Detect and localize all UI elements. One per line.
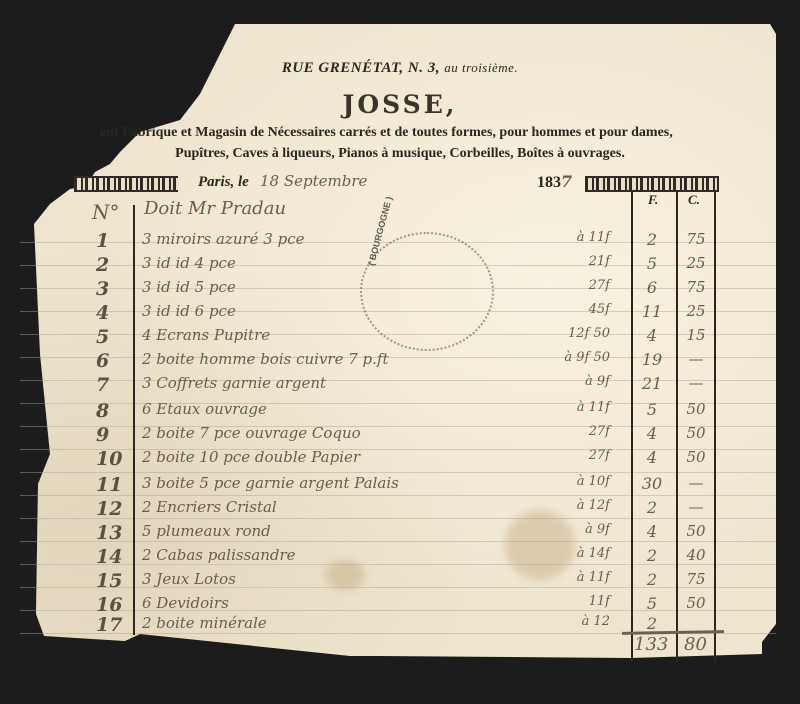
row-centimes: —: [678, 498, 714, 516]
row-francs: 2: [632, 498, 672, 517]
row-unit-price: 27f: [530, 278, 610, 293]
table-row: 5 4 Ecrans Pupitre 12f 50 4 15: [0, 326, 800, 350]
date-handwritten: 18 Septembre: [260, 172, 367, 190]
table-row: 10 2 boite 10 pce double Papier 27f 4 50: [0, 448, 800, 472]
table-row: 9 2 boite 7 pce ouvrage Coquo 27f 4 50: [0, 424, 800, 448]
table-row: 1 3 miroirs azuré 3 pce à 11f 2 75: [0, 230, 800, 254]
year-printed: 183: [537, 174, 561, 191]
row-description: 2 boite homme bois cuivre 7 p.ft: [142, 350, 389, 368]
row-description: 2 Cabas palissandre: [142, 546, 296, 564]
row-number: 12: [96, 498, 126, 520]
table-row: 12 2 Encriers Cristal à 12f 2 —: [0, 498, 800, 522]
row-centimes: 25: [678, 254, 714, 272]
row-unit-price: 21f: [530, 254, 610, 269]
customer-name: Doit Mr Pradau: [144, 198, 286, 219]
row-francs: 30: [632, 474, 672, 493]
row-number: 14: [96, 546, 126, 568]
row-unit-price: à 14f: [530, 546, 610, 561]
row-description: 5 plumeaux rond: [142, 522, 271, 540]
row-centimes: —: [678, 350, 714, 368]
row-centimes: 50: [678, 522, 714, 540]
row-francs: 11: [632, 302, 672, 321]
francs-header: F.: [648, 192, 658, 208]
row-centimes: —: [678, 474, 714, 492]
row-centimes: 75: [678, 570, 714, 588]
row-description: 2 Encriers Cristal: [142, 498, 277, 516]
year: 1837: [537, 172, 572, 192]
address-floor: au troisième.: [444, 60, 518, 75]
row-centimes: —: [678, 374, 714, 392]
ornament-border-right: [585, 176, 719, 192]
table-row: 6 2 boite homme bois cuivre 7 p.ft à 9f …: [0, 350, 800, 374]
row-centimes: 25: [678, 302, 714, 320]
total-francs: 133: [634, 634, 668, 655]
row-number: 7: [96, 374, 126, 396]
row-description: 3 Jeux Lotos: [142, 570, 236, 588]
table-row: 3 3 id id 5 pce 27f 6 75: [0, 278, 800, 302]
row-description: 2 boite minérale: [142, 614, 267, 632]
row-number: 2: [96, 254, 126, 276]
row-number: 11: [96, 474, 126, 496]
address-street: RUE GRENÉTAT, N. 3,: [282, 60, 440, 76]
row-description: 2 boite 10 pce double Papier: [142, 448, 360, 466]
centimes-header: C.: [688, 192, 700, 208]
ornament-border-left: [74, 176, 178, 192]
row-francs: 19: [632, 350, 672, 369]
row-unit-price: à 12f: [530, 498, 610, 513]
row-description: 3 id id 5 pce: [142, 278, 236, 296]
row-francs: 21: [632, 374, 672, 393]
row-description: 3 miroirs azuré 3 pce: [142, 230, 304, 248]
number-header: N°: [92, 200, 120, 224]
row-francs: 5: [632, 400, 672, 419]
table-row: 4 3 id id 6 pce 45f 11 25: [0, 302, 800, 326]
table-row: 7 3 Coffrets garnie argent à 9f 21 —: [0, 374, 800, 398]
row-unit-price: 27f: [530, 448, 610, 463]
row-unit-price: à 9f 50: [530, 350, 610, 365]
row-number: 17: [96, 614, 126, 636]
row-unit-price: 11f: [530, 594, 610, 609]
row-centimes: 15: [678, 326, 714, 344]
row-centimes: 50: [678, 400, 714, 418]
row-unit-price: à 12: [530, 614, 610, 629]
table-row: 15 3 Jeux Lotos à 11f 2 75: [0, 570, 800, 594]
row-description: 3 Coffrets garnie argent: [142, 374, 326, 392]
row-description: 3 id id 6 pce: [142, 302, 236, 320]
row-number: 1: [96, 230, 126, 252]
row-number: 13: [96, 522, 126, 544]
table-row: 2 3 id id 4 pce 21f 5 25: [0, 254, 800, 278]
merchant-name: JOSSE,: [0, 90, 800, 119]
row-description: 4 Ecrans Pupitre: [142, 326, 270, 344]
row-centimes: 75: [678, 230, 714, 248]
row-number: 15: [96, 570, 126, 592]
year-handwritten: 7: [561, 172, 572, 191]
row-francs: 2: [632, 570, 672, 589]
row-number: 4: [96, 302, 126, 324]
row-number: 16: [96, 594, 126, 616]
row-number: 9: [96, 424, 126, 446]
row-description: 6 Etaux ouvrage: [142, 400, 267, 418]
place-label: Paris, le: [198, 174, 249, 191]
row-unit-price: à 10f: [530, 474, 610, 489]
row-unit-price: 27f: [530, 424, 610, 439]
table-row: 11 3 boite 5 pce garnie argent Palais à …: [0, 474, 800, 498]
row-francs: 4: [632, 326, 672, 345]
total-centimes: 80: [684, 634, 707, 655]
row-number: 3: [96, 278, 126, 300]
row-centimes: 50: [678, 448, 714, 466]
row-unit-price: à 9f: [530, 522, 610, 537]
row-unit-price: à 11f: [530, 570, 610, 585]
row-unit-price: à 11f: [530, 400, 610, 415]
row-description: 3 boite 5 pce garnie argent Palais: [142, 474, 399, 492]
table-row: 17 2 boite minérale à 12 2: [0, 614, 800, 638]
merchant-address: RUE GRENÉTAT, N. 3, au troisième.: [0, 60, 800, 77]
row-number: 5: [96, 326, 126, 348]
row-number: 10: [96, 448, 126, 470]
row-unit-price: 45f: [530, 302, 610, 317]
row-description: 3 id id 4 pce: [142, 254, 236, 272]
row-unit-price: à 11f: [530, 230, 610, 245]
row-description: 6 Devidoirs: [142, 594, 229, 612]
row-francs: 5: [632, 254, 672, 273]
row-francs: 2: [632, 230, 672, 249]
row-unit-price: 12f 50: [530, 326, 610, 341]
row-unit-price: à 9f: [530, 374, 610, 389]
row-francs: 5: [632, 594, 672, 613]
row-francs: 4: [632, 448, 672, 467]
row-francs: 4: [632, 522, 672, 541]
merchant-description-line2: Pupîtres, Caves à liqueurs, Pianos à mus…: [0, 146, 800, 162]
row-centimes: 75: [678, 278, 714, 296]
row-centimes: 50: [678, 424, 714, 442]
row-description: 2 boite 7 pce ouvrage Coquo: [142, 424, 361, 442]
row-centimes: 40: [678, 546, 714, 564]
table-row: 14 2 Cabas palissandre à 14f 2 40: [0, 546, 800, 570]
table-row: 8 6 Etaux ouvrage à 11f 5 50: [0, 400, 800, 424]
row-number: 8: [96, 400, 126, 422]
row-number: 6: [96, 350, 126, 372]
row-francs: 4: [632, 424, 672, 443]
merchant-description-line1: ent Fabrique et Magasin de Nécessaires c…: [100, 125, 710, 141]
table-row: 13 5 plumeaux rond à 9f 4 50: [0, 522, 800, 546]
row-centimes: 50: [678, 594, 714, 612]
row-francs: 6: [632, 278, 672, 297]
row-francs: 2: [632, 546, 672, 565]
